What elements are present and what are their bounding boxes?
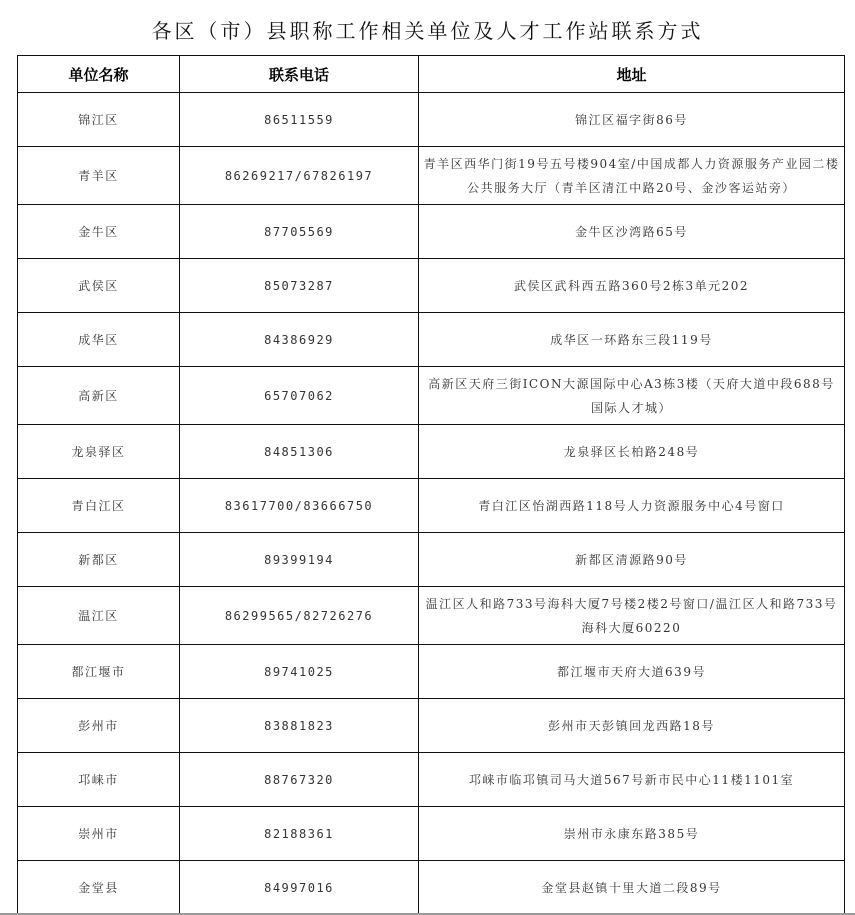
table-row: 高新区 65707062 高新区天府三街ICON大源国际中心A3栋3楼（天府大道… <box>18 367 845 425</box>
table-row: 成华区 84386929 成华区一环路东三段119号 <box>18 313 845 367</box>
table-row: 金堂县 84997016 金堂县赵镇十里大道二段89号 <box>18 861 845 915</box>
cell-unit-name: 金堂县 <box>18 861 180 915</box>
table-row: 都江堰市 89741025 都江堰市天府大道639号 <box>18 645 845 699</box>
cell-unit-name: 成华区 <box>18 313 180 367</box>
cell-unit-name: 武侯区 <box>18 259 180 313</box>
cell-phone: 85073287 <box>180 259 419 313</box>
cell-phone: 82188361 <box>180 807 419 861</box>
cell-phone: 86299565/82726276 <box>180 587 419 645</box>
cell-address: 锦江区福字街86号 <box>419 93 845 147</box>
cell-phone: 84386929 <box>180 313 419 367</box>
cell-unit-name: 新都区 <box>18 533 180 587</box>
cell-phone: 89741025 <box>180 645 419 699</box>
cell-unit-name: 邛崃市 <box>18 753 180 807</box>
header-phone: 联系电话 <box>180 56 419 93</box>
cell-address: 都江堰市天府大道639号 <box>419 645 845 699</box>
table-row: 崇州市 82188361 崇州市永康东路385号 <box>18 807 845 861</box>
cell-address: 龙泉驿区长柏路248号 <box>419 425 845 479</box>
table-row: 温江区 86299565/82726276 温江区人和路733号海科大厦7号楼2… <box>18 587 845 645</box>
cell-address: 新都区清源路90号 <box>419 533 845 587</box>
cell-phone: 86269217/67826197 <box>180 147 419 205</box>
cell-address: 青羊区西华门街19号五号楼904室/中国成都人力资源服务产业园二楼公共服务大厅（… <box>419 147 845 205</box>
table-row: 新都区 89399194 新都区清源路90号 <box>18 533 845 587</box>
cell-address: 金堂县赵镇十里大道二段89号 <box>419 861 845 915</box>
cell-address: 温江区人和路733号海科大厦7号楼2楼2号窗口/温江区人和路733号海科大厦60… <box>419 587 845 645</box>
cell-unit-name: 崇州市 <box>18 807 180 861</box>
cell-unit-name: 彭州市 <box>18 699 180 753</box>
cell-unit-name: 青白江区 <box>18 479 180 533</box>
table-row: 邛崃市 88767320 邛崃市临邛镇司马大道567号新市民中心11楼1101室 <box>18 753 845 807</box>
table-header-row: 单位名称 联系电话 地址 <box>18 56 845 93</box>
cell-phone: 83617700/83666750 <box>180 479 419 533</box>
cell-address: 崇州市永康东路385号 <box>419 807 845 861</box>
table-row: 彭州市 83881823 彭州市天彭镇回龙西路18号 <box>18 699 845 753</box>
table-row: 武侯区 85073287 武侯区武科西五路360号2栋3单元202 <box>18 259 845 313</box>
cell-address: 高新区天府三街ICON大源国际中心A3栋3楼（天府大道中段688号国际人才城） <box>419 367 845 425</box>
cell-phone: 88767320 <box>180 753 419 807</box>
cell-unit-name: 龙泉驿区 <box>18 425 180 479</box>
cell-phone: 87705569 <box>180 205 419 259</box>
table-row: 青羊区 86269217/67826197 青羊区西华门街19号五号楼904室/… <box>18 147 845 205</box>
cell-unit-name: 都江堰市 <box>18 645 180 699</box>
cell-phone: 83881823 <box>180 699 419 753</box>
cell-phone: 84997016 <box>180 861 419 915</box>
cell-phone: 65707062 <box>180 367 419 425</box>
cell-phone: 84851306 <box>180 425 419 479</box>
document-title: 各区（市）县职称工作相关单位及人才工作站联系方式 <box>0 14 855 48</box>
cell-phone: 86511559 <box>180 93 419 147</box>
cell-unit-name: 青羊区 <box>18 147 180 205</box>
cell-address: 成华区一环路东三段119号 <box>419 313 845 367</box>
cell-address: 青白江区怡湖西路118号人力资源服务中心4号窗口 <box>419 479 845 533</box>
contact-table: 单位名称 联系电话 地址 锦江区 86511559 锦江区福字街86号 青羊区 … <box>17 55 845 915</box>
cell-unit-name: 锦江区 <box>18 93 180 147</box>
cell-unit-name: 金牛区 <box>18 205 180 259</box>
header-unit-name: 单位名称 <box>18 56 180 93</box>
table-row: 锦江区 86511559 锦江区福字街86号 <box>18 93 845 147</box>
header-address: 地址 <box>419 56 845 93</box>
table-row: 金牛区 87705569 金牛区沙湾路65号 <box>18 205 845 259</box>
cell-address: 邛崃市临邛镇司马大道567号新市民中心11楼1101室 <box>419 753 845 807</box>
cell-address: 武侯区武科西五路360号2栋3单元202 <box>419 259 845 313</box>
cell-unit-name: 温江区 <box>18 587 180 645</box>
table-row: 青白江区 83617700/83666750 青白江区怡湖西路118号人力资源服… <box>18 479 845 533</box>
cell-address: 彭州市天彭镇回龙西路18号 <box>419 699 845 753</box>
cell-unit-name: 高新区 <box>18 367 180 425</box>
cell-address: 金牛区沙湾路65号 <box>419 205 845 259</box>
table-row: 龙泉驿区 84851306 龙泉驿区长柏路248号 <box>18 425 845 479</box>
cell-phone: 89399194 <box>180 533 419 587</box>
